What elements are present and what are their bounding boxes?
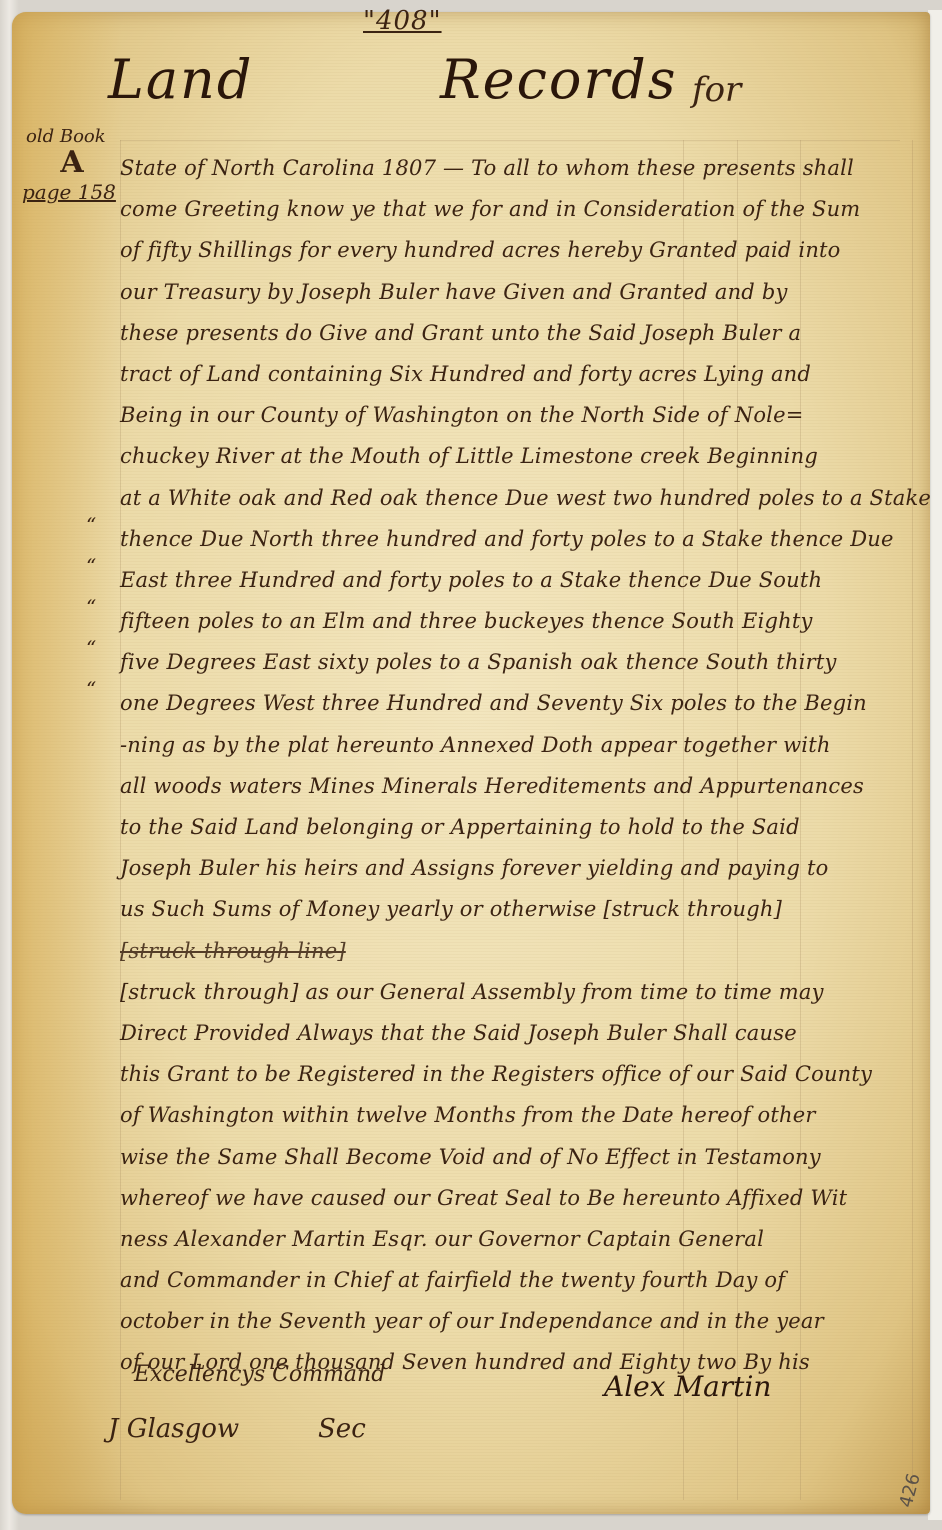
secretary-title: Sec — [318, 1414, 366, 1444]
margin-note-letter: A — [22, 148, 122, 178]
body-line: ness Alexander Martin Esqr. our Governor… — [120, 1219, 920, 1260]
body-line: tract of Land containing Six Hundred and… — [120, 354, 920, 395]
header-rule — [120, 140, 900, 141]
body-line: at a White oak and Red oak thence Due we… — [120, 478, 920, 519]
body-line: State of North Carolina 1807 — To all to… — [120, 148, 920, 189]
struck-through-line: [struck-through line] — [120, 931, 920, 972]
scan-margin-strip — [928, 10, 942, 1520]
excellency-command: Excellencys Command — [134, 1362, 385, 1387]
page-number: "408" — [363, 6, 442, 36]
deed-body: State of North Carolina 1807 — To all to… — [120, 148, 920, 1384]
governor-signature: Alex Martin — [604, 1370, 771, 1403]
body-line: of Washington within twelve Months from … — [120, 1095, 920, 1136]
title-for: for — [692, 70, 741, 110]
body-line: thence Due North three hundred and forty… — [120, 519, 920, 560]
body-line: these presents do Give and Grant unto th… — [120, 313, 920, 354]
ditto-mark: “ — [86, 677, 96, 701]
body-line: fifteen poles to an Elm and three buckey… — [120, 601, 920, 642]
margin-note-book: old Book — [22, 128, 122, 146]
margin-note-page: page 158 — [22, 182, 122, 202]
title-records: Records — [440, 48, 677, 111]
body-line: wise the Same Shall Become Void and of N… — [120, 1137, 920, 1178]
body-line: to the Said Land belonging or Appertaini… — [120, 807, 920, 848]
body-line: come Greeting know ye that we for and in… — [120, 189, 920, 230]
body-line: of fifty Shillings for every hundred acr… — [120, 230, 920, 271]
body-line: all woods waters Mines Minerals Heredite… — [120, 766, 920, 807]
body-line: us Such Sums of Money yearly or otherwis… — [120, 889, 920, 930]
body-line: this Grant to be Registered in the Regis… — [120, 1054, 920, 1095]
body-line: Joseph Buler his heirs and Assigns forev… — [120, 848, 920, 889]
body-line: five Degrees East sixty poles to a Spani… — [120, 642, 920, 683]
body-line: chuckey River at the Mouth of Little Lim… — [120, 436, 920, 477]
body-line: and Commander in Chief at fairfield the … — [120, 1260, 920, 1301]
body-line: East three Hundred and forty poles to a … — [120, 560, 920, 601]
body-line: whereof we have caused our Great Seal to… — [120, 1178, 920, 1219]
secretary-signature: J Glasgow — [108, 1414, 239, 1444]
body-line: Direct Provided Always that the Said Jos… — [120, 1013, 920, 1054]
body-line: october in the Seventh year of our Indep… — [120, 1301, 920, 1342]
title-land: Land — [108, 48, 253, 111]
body-line: our Treasury by Joseph Buler have Given … — [120, 272, 920, 313]
margin-note: old Book A page 158 — [22, 128, 122, 202]
ditto-mark: “ — [86, 513, 96, 537]
body-line: Being in our County of Washington on the… — [120, 395, 920, 436]
ditto-mark: “ — [86, 554, 96, 578]
body-line: [struck through] as our General Assembly… — [120, 972, 920, 1013]
body-line: -ning as by the plat hereunto Annexed Do… — [120, 725, 920, 766]
ditto-mark: “ — [86, 595, 96, 619]
ditto-mark: “ — [86, 636, 96, 660]
body-line: one Degrees West three Hundred and Seven… — [120, 683, 920, 724]
